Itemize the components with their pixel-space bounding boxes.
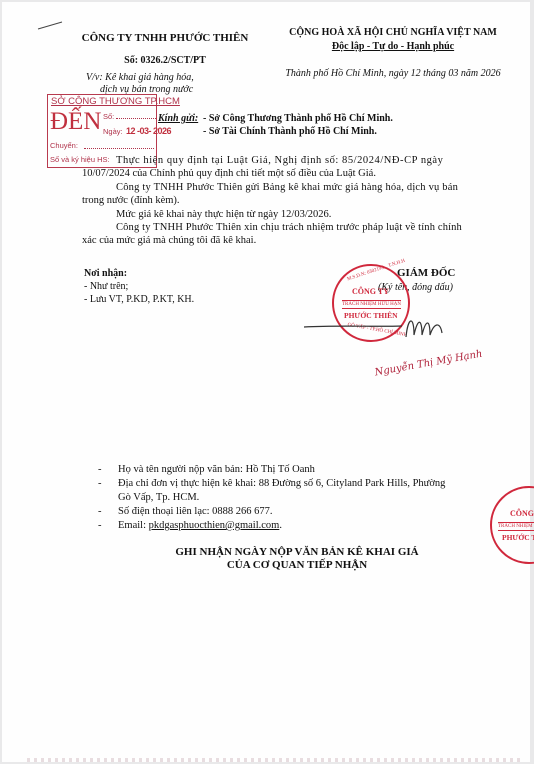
signature-title: GIÁM ĐỐC (397, 267, 455, 279)
partial-seal-line-2: TRÁCH NHIỆM HỮU HẠN (498, 522, 534, 531)
document-page: CÔNG TY TNHH PHƯỚC THIÊN Số: 0326.2/SCT/… (2, 2, 530, 762)
paragraph-2-line-2: trong nước (đính kèm). (82, 194, 180, 207)
contact-address-cont: Gò Vấp, Tp. HCM. (118, 491, 199, 504)
contact-address: -Địa chỉ đơn vị thực hiện kê khai: 88 Đư… (98, 477, 445, 490)
distribution-item-2: - Lưu VT, P.KD, P.KT, KH. (84, 294, 194, 305)
distribution-item-1: - Như trên; (84, 281, 128, 292)
paragraph-2-line-1: Công ty TNHH Phước Thiên gửi Bảng kê kha… (116, 181, 458, 194)
stamp-so-dots (116, 118, 156, 119)
partial-seal-line-3: PHƯỚC THIÊN (502, 533, 534, 542)
contact-email: -Email: pkdgasphuocthien@gmail.com. (98, 519, 282, 532)
stamp-den: ĐẾN (50, 108, 101, 136)
stamp-ngay-value: 12 -03- 2026 (126, 126, 171, 136)
paragraph-1-line-1: Thực hiện quy định tại Luật Giá, Nghị đị… (116, 154, 443, 167)
paragraph-4-line-1: Công ty TNHH Phước Thiên xin chịu trách … (116, 221, 462, 234)
signer-name: Nguyễn Thị Mỹ Hạnh (374, 349, 483, 379)
bullet: - (98, 477, 118, 490)
bullet: - (98, 519, 118, 532)
paragraph-1-line-2: 10/07/2024 của Chính phủ quy định chi ti… (82, 167, 376, 180)
stamp-chuyen-dots (84, 148, 154, 149)
pen-mark (36, 20, 64, 32)
distribution-label: Nơi nhận: (84, 268, 127, 279)
partial-company-seal: CÔNG TY TRÁCH NHIỆM HỮU HẠN PHƯỚC THIÊN (490, 486, 534, 564)
stamp-so-label: Số: (103, 112, 114, 121)
subject-line-1: V/v: Kê khai giá hàng hóa, (86, 72, 194, 83)
paragraph-4-line-2: xác của mức giá mà chúng tôi đã kê khai. (82, 234, 256, 247)
email-link[interactable]: pkdgasphuocthien@gmail.com (149, 520, 280, 531)
bullet: - (98, 505, 118, 518)
company-name: CÔNG TY TNHH PHƯỚC THIÊN (80, 32, 250, 44)
contact-phone: -Số điện thoại liên lạc: 0888 266 677. (98, 505, 273, 518)
recipient-1: - Sở Công Thương Thành phố Hồ Chí Minh. (203, 113, 393, 124)
place-date: Thành phố Hồ Chí Minh, ngày 12 tháng 03 … (258, 68, 528, 79)
signature-scribble-icon (302, 307, 462, 347)
footer-heading-line-1: GHI NHẬN NGÀY NỘP VĂN BẢN KÊ KHAI GIÁ (162, 546, 432, 558)
scan-noise (27, 758, 520, 762)
seal-line-1: CÔNG TY (352, 287, 389, 296)
footer-heading-line-2: CỦA CƠ QUAN TIẾP NHẬN (162, 559, 432, 571)
recipient-2: - Sở Tài Chính Thành phố Hồ Chí Minh. (203, 126, 377, 137)
bullet: - (98, 463, 118, 476)
paragraph-3: Mức giá kê khai này thực hiện từ ngày 12… (116, 208, 331, 221)
stamp-chuyen-label: Chuyển: (50, 141, 78, 150)
country-name: CỘNG HOÀ XÃ HỘI CHỦ NGHĨA VIỆT NAM (258, 27, 528, 38)
motto: Độc lập - Tự do - Hạnh phúc (258, 41, 528, 52)
stamp-ky-hieu-label: Số và ký hiệu HS: (50, 155, 110, 164)
recipients-label: Kính gửi: (158, 113, 198, 124)
document-number: Số: 0326.2/SCT/PT (80, 55, 250, 66)
contact-name: -Họ và tên người nộp văn bản: Hồ Thị Tố … (98, 463, 315, 476)
stamp-ngay-label: Ngày: (103, 127, 123, 136)
stamp-agency: SỞ CÔNG THƯƠNG TP.HCM (51, 96, 180, 107)
partial-seal-line-1: CÔNG TY (510, 509, 534, 518)
